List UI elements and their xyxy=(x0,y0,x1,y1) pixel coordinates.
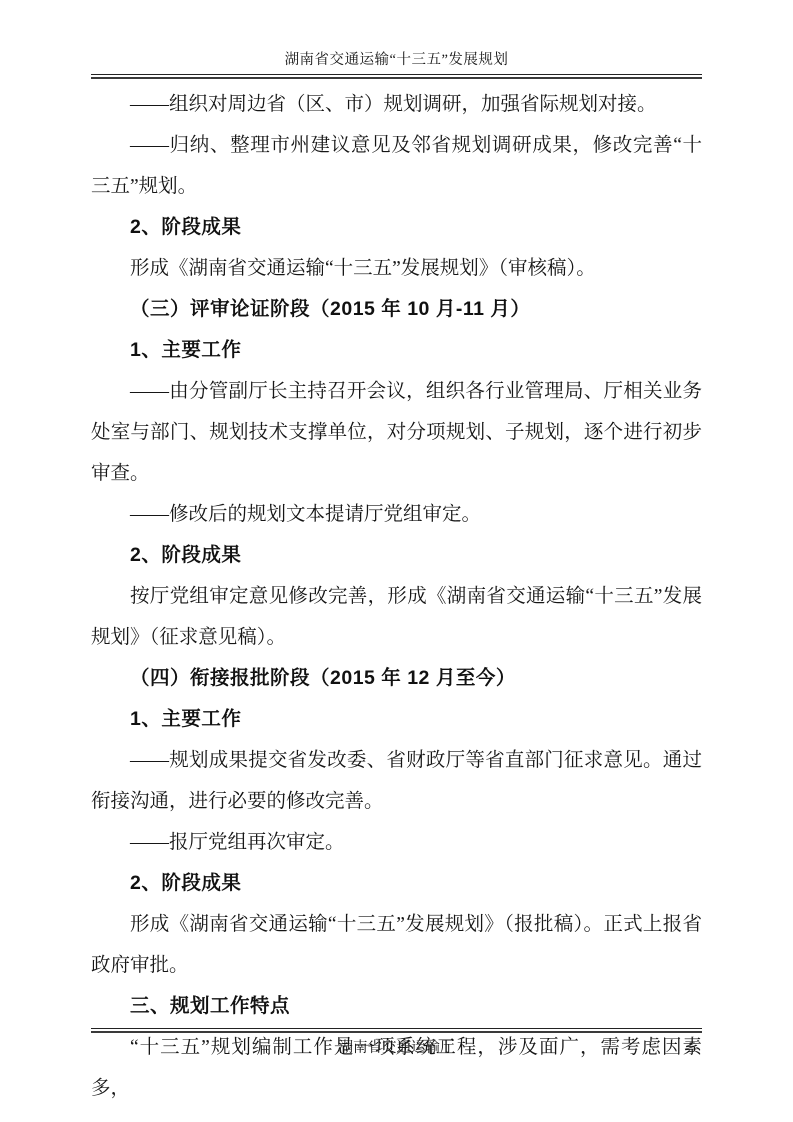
paragraph: ——规划成果提交省发改委、省财政厅等省直部门征求意见。通过衔接沟通，进行必要的修… xyxy=(91,740,702,822)
paragraph: ——报厅党组再次审定。 xyxy=(91,822,702,863)
chapter-paragraph: 三、规划工作特点 xyxy=(91,986,702,1027)
subheading-paragraph: 2、阶段成果 xyxy=(91,535,702,576)
footer-row: 湖南省交通运输厅 5 xyxy=(91,1037,702,1059)
subheading-paragraph: 1、主要工作 xyxy=(91,330,702,371)
page-header: 湖南省交通运输“十三五”发展规划 xyxy=(91,0,702,79)
footer-divider-thick-line xyxy=(91,1031,702,1034)
subheading-paragraph: 1、主要工作 xyxy=(91,699,702,740)
paragraph: 形成《湖南省交通运输“十三五”发展规划》（审核稿）。 xyxy=(91,248,702,289)
paragraph: ——由分管副厅长主持召开会议，组织各行业管理局、厅相关业务处室与部门、规划技术支… xyxy=(91,371,702,494)
header-title: 湖南省交通运输“十三五”发展规划 xyxy=(91,50,702,70)
paragraph: 形成《湖南省交通运输“十三五”发展规划》（报批稿）。正式上报省政府审批。 xyxy=(91,904,702,986)
paragraph: ——组织对周边省（区、市）规划调研，加强省际规划对接。 xyxy=(91,84,702,125)
subheading-paragraph: 2、阶段成果 xyxy=(91,863,702,904)
document-body: ——组织对周边省（区、市）规划调研，加强省际规划对接。——归纳、整理市州建议意见… xyxy=(91,79,702,1109)
paragraph: ——归纳、整理市州建议意见及邻省规划调研成果，修改完善“十三五”规划。 xyxy=(91,125,702,207)
subheading-paragraph: 2、阶段成果 xyxy=(91,207,702,248)
paragraph: 按厅党组审定意见修改完善，形成《湖南省交通运输“十三五”发展规划》（征求意见稿）… xyxy=(91,576,702,658)
page-number: 5 xyxy=(689,1037,697,1059)
footer-divider xyxy=(91,1028,702,1033)
heading-paragraph: （三）评审论证阶段（2015 年 10 月-11 月） xyxy=(91,289,702,330)
heading-paragraph: （四）衔接报批阶段（2015 年 12 月至今） xyxy=(91,658,702,699)
paragraph: ——修改后的规划文本提请厅党组审定。 xyxy=(91,494,702,535)
footer-department: 湖南省交通运输厅 xyxy=(91,1037,702,1059)
page-footer: 湖南省交通运输厅 5 xyxy=(91,1028,702,1059)
document-page: 湖南省交通运输“十三五”发展规划 ——组织对周边省（区、市）规划调研，加强省际规… xyxy=(0,0,793,1122)
